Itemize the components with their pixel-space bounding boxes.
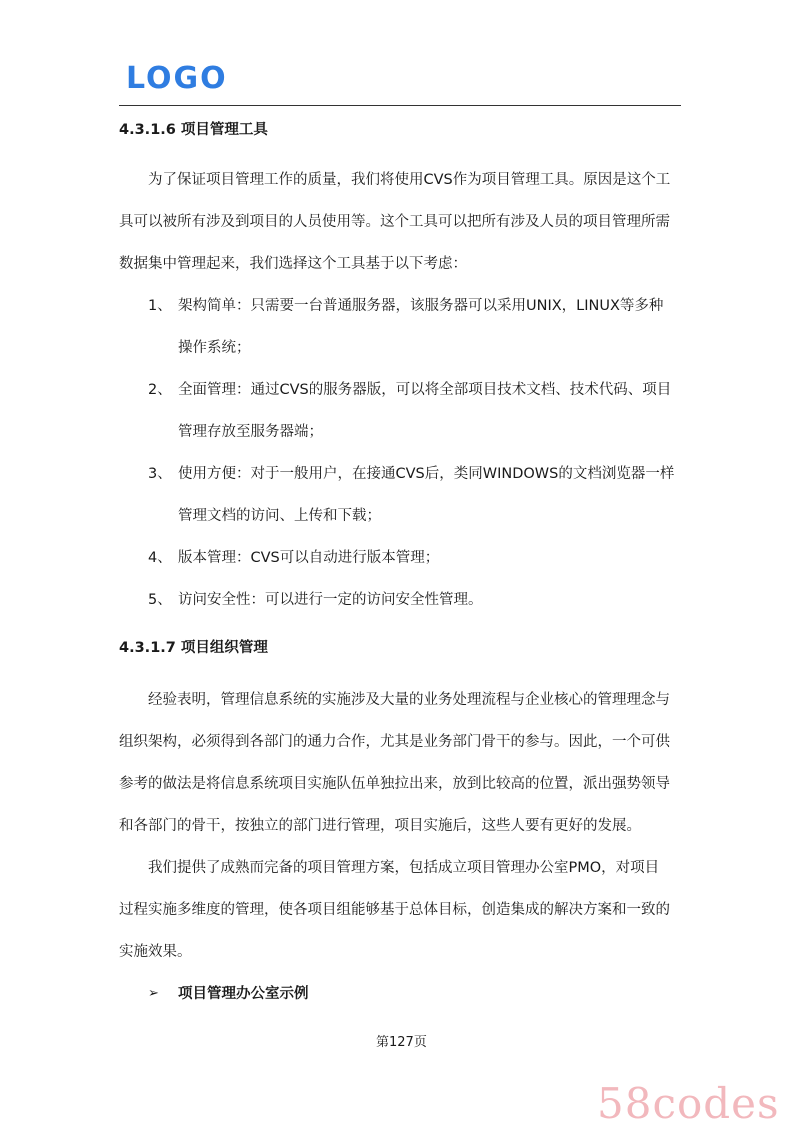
section-heading-4-3-1-6: 4.3.1.6 项目管理工具 bbox=[119, 120, 268, 140]
paragraph-line: 和各部门的骨干，按独立的部门进行管理，项目实施后，这些人要有更好的发展。 bbox=[119, 816, 681, 836]
list-item-text: 全面管理：通过CVS的服务器版，可以将全部项目技术文档、技术代码、项目 bbox=[178, 380, 671, 400]
list-item-text: 版本管理：CVS可以自动进行版本管理； bbox=[178, 548, 439, 568]
list-item-text: 管理文档的访问、上传和下载； bbox=[178, 506, 381, 526]
paragraph-line: 经验表明，管理信息系统的实施涉及大量的业务处理流程与企业核心的管理理念与 bbox=[119, 690, 710, 710]
list-number: 1、 bbox=[148, 296, 172, 316]
section-heading-4-3-1-7: 4.3.1.7 项目组织管理 bbox=[119, 638, 268, 658]
page-number: 第127页 bbox=[376, 1034, 427, 1052]
bullet-heading: 项目管理办公室示例 bbox=[178, 984, 309, 1004]
list-item-text: 架构简单：只需要一台普通服务器，该服务器可以采用UNIX，LINUX等多种 bbox=[178, 296, 663, 316]
list-number: 3、 bbox=[148, 464, 172, 484]
paragraph-line: 组织架构，必须得到各部门的通力合作，尤其是业务部门骨干的参与。因此，一个可供 bbox=[119, 732, 681, 752]
paragraph-line: 数据集中管理起来，我们选择这个工具基于以下考虑： bbox=[119, 254, 681, 274]
list-item-text: 管理存放至服务器端； bbox=[178, 422, 323, 442]
list-number: 5、 bbox=[148, 590, 172, 610]
watermark: 58codes bbox=[597, 1080, 780, 1128]
arrow-bullet-icon: ➢ bbox=[148, 984, 159, 1004]
paragraph-line: 我们提供了成熟而完备的项目管理方案，包括成立项目管理办公室PMO，对项目 bbox=[119, 858, 710, 878]
list-number: 4、 bbox=[148, 548, 172, 568]
list-number: 2、 bbox=[148, 380, 172, 400]
paragraph-line: 为了保证项目管理工作的质量，我们将使用CVS作为项目管理工具。原因是这个工 bbox=[119, 170, 710, 190]
logo: LOGO bbox=[126, 63, 228, 95]
list-item-text: 访问安全性：可以进行一定的访问安全性管理。 bbox=[178, 590, 483, 610]
list-item-text: 操作系统； bbox=[178, 338, 251, 358]
header-divider bbox=[119, 105, 681, 106]
paragraph-line: 实施效果。 bbox=[119, 942, 681, 962]
paragraph-line: 过程实施多维度的管理，使各项目组能够基于总体目标，创造集成的解决方案和一致的 bbox=[119, 900, 681, 920]
paragraph-line: 参考的做法是将信息系统项目实施队伍单独拉出来，放到比较高的位置，派出强势领导 bbox=[119, 774, 681, 794]
paragraph-line: 具可以被所有涉及到项目的人员使用等。这个工具可以把所有涉及人员的项目管理所需 bbox=[119, 212, 681, 232]
list-item-text: 使用方便：对于一般用户，在接通CVS后，类同WINDOWS的文档浏览器一样 bbox=[178, 464, 674, 484]
